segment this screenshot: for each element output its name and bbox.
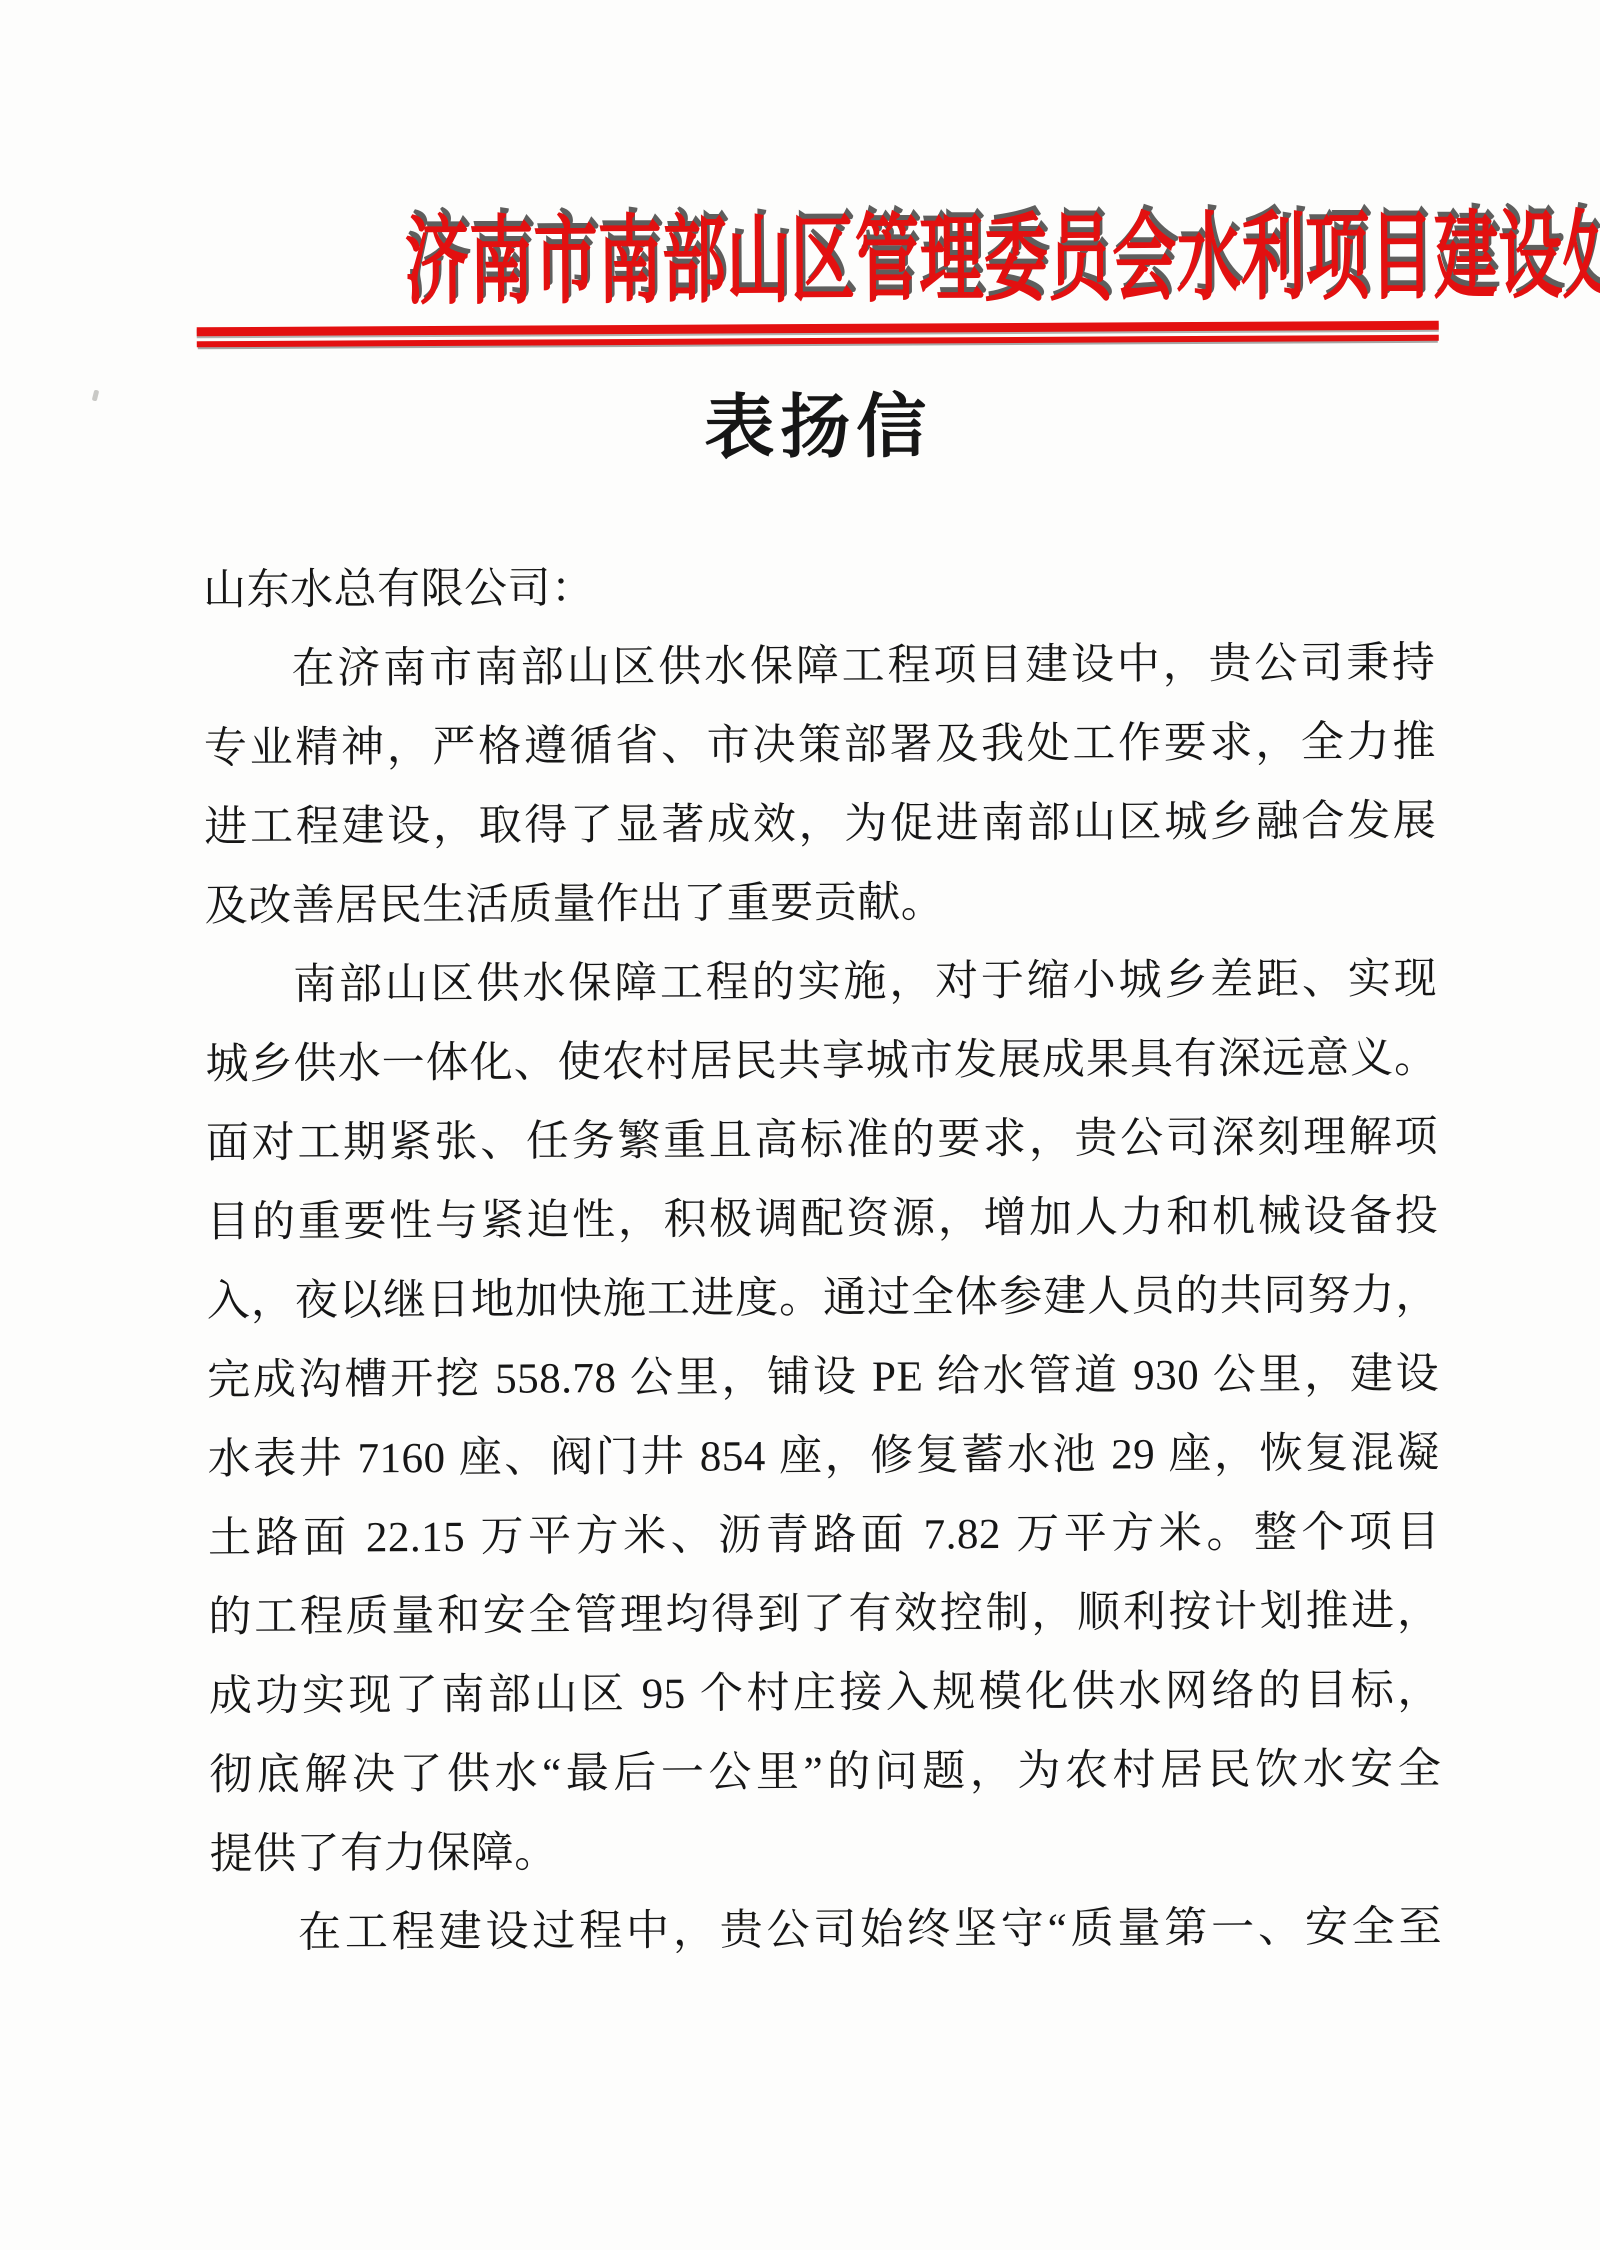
body-line: 在济南市南部山区供水保障工程项目建设中，贵公司秉持 [203, 623, 1435, 708]
body-line: 水表井 7160 座、阀门井 854 座，修复蓄水池 29 座，恢复混凝 [207, 1413, 1439, 1498]
letter-page: 济南市南部山区管理委员会水利项目建设处 表扬信 山东水总有限公司： 在济南市南部… [0, 0, 1600, 2250]
letter-content: 济南市南部山区管理委员会水利项目建设处 表扬信 山东水总有限公司： 在济南市南部… [200, 0, 1442, 1973]
body-line: 土路面 22.15 万平方米、沥青路面 7.82 万平方米。整个项目 [208, 1492, 1440, 1577]
body-line: 南部山区供水保障工程的实施，对于缩小城乡差距、实现 [205, 939, 1437, 1024]
body-line: 进工程建设，取得了显著成效，为促进南部山区城乡融合发展 [204, 781, 1436, 866]
body-line: 城乡供水一体化、使农村居民共享城市发展成果具有深远意义。 [205, 1018, 1437, 1103]
header-rule-thick [197, 320, 1439, 336]
body-line: 面对工期紧张、任务繁重且高标准的要求，贵公司深刻理解项 [206, 1097, 1438, 1182]
body-line: 的工程质量和安全管理均得到了有效控制，顺利按计划推进， [208, 1571, 1440, 1656]
body-line: 及改善居民生活质量作出了重要贡献。 [205, 860, 1437, 945]
body-line: 专业精神，严格遵循省、市决策部署及我处工作要求，全力推 [204, 702, 1436, 787]
body-line: 彻底解决了供水“最后一公里”的问题，为农村居民饮水安全 [209, 1729, 1441, 1814]
body-line: 完成沟槽开挖 558.78 公里，铺设 PE 给水管道 930 公里，建设 [207, 1334, 1439, 1419]
letter-body: 山东水总有限公司： 在济南市南部山区供水保障工程项目建设中，贵公司秉持专业精神，… [203, 544, 1442, 1972]
org-header-title: 济南市南部山区管理委员会水利项目建设处 [404, 206, 1230, 316]
body-line: 入，夜以继日地加快施工进度。通过全体参建人员的共同努力， [207, 1255, 1439, 1340]
body-line: 成功实现了南部山区 95 个村庄接入规模化供水网络的目标， [209, 1650, 1441, 1735]
body-line: 在工程建设过程中，贵公司始终坚守“质量第一、安全至 [210, 1887, 1442, 1972]
header-rule-thin [197, 334, 1439, 347]
salutation: 山东水总有限公司： [203, 544, 1435, 629]
letter-title: 表扬信 [202, 386, 1434, 470]
body-line: 目的重要性与紧迫性，积极调配资源，增加人力和机械设备投 [206, 1176, 1438, 1261]
scan-speckle [92, 390, 100, 402]
body-line: 提供了有力保障。 [209, 1808, 1441, 1893]
